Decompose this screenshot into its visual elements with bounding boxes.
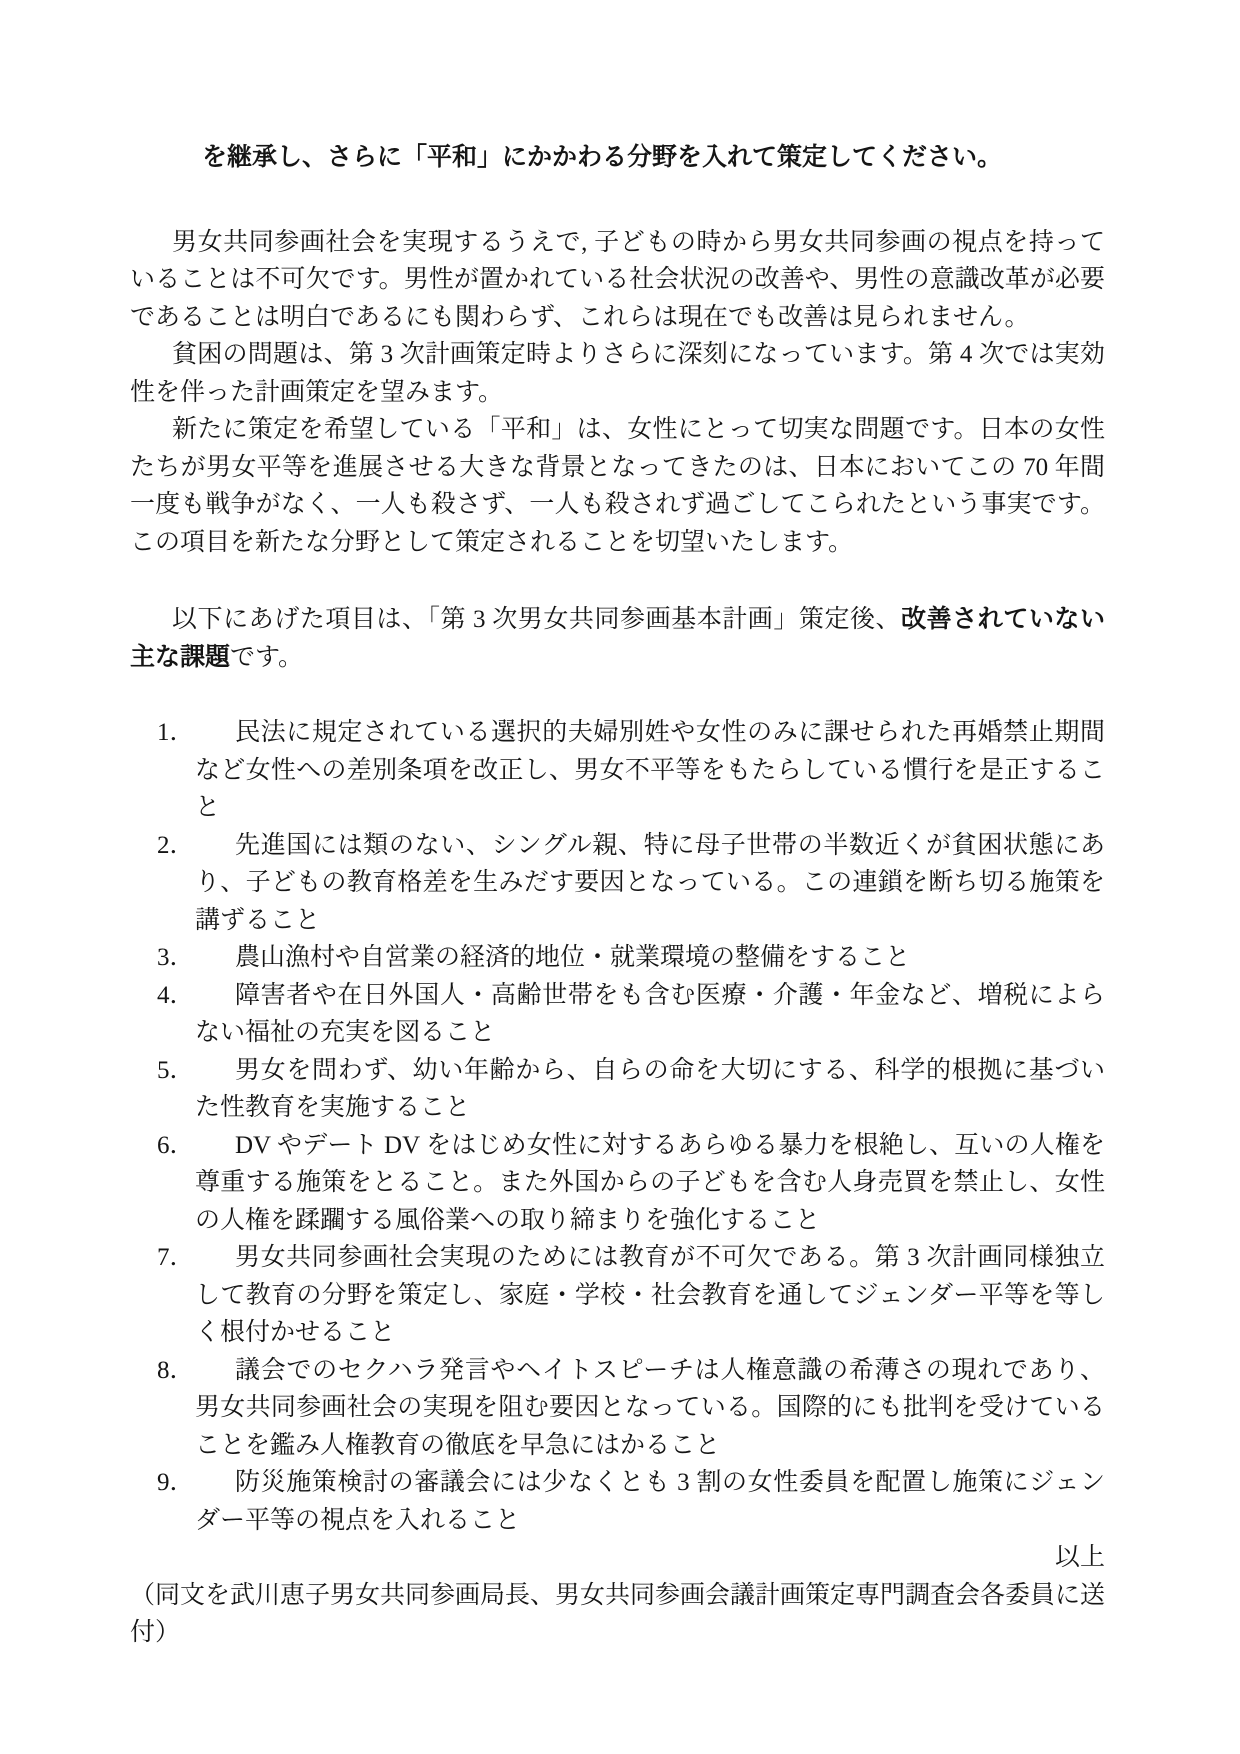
closing-mark: 以上: [130, 1539, 1105, 1577]
list-item-text: 男女共同参画社会実現のためには教育が不可欠である。第 3 次計画同様独立して教育…: [195, 1244, 1105, 1346]
list-item: 5．男女を問わず、幼い年齢から、自らの命を大切にする、科学的根拠に基づいた性教育…: [130, 1052, 1105, 1127]
list-item-text: 障害者や在日外国人・高齢世帯をも含む医療・介護・年金など、増税によらない福祉の充…: [195, 982, 1105, 1047]
list-item-text: 農山漁村や自営業の経済的地位・就業環境の整備をすること: [235, 944, 910, 971]
body-paragraph-3: 新たに策定を希望している「平和」は、女性にとって切実な問題です。日本の女性たちが…: [130, 411, 1105, 561]
list-item-text: 先進国には類のない、シングル親、特に母子世帯の半数近くが貧困状態にあり、子どもの…: [195, 832, 1105, 934]
list-item: 3．農山漁村や自営業の経済的地位・就業環境の整備をすること: [130, 939, 1105, 977]
body-paragraph-2: 貧困の問題は、第 3 次計画策定時よりさらに深刻になっています。第 4 次では実…: [130, 336, 1105, 411]
distribution-note: （同文を武川恵子男女共同参画局長、男女共同参画会議計画策定専門調査会各委員に送付…: [130, 1577, 1105, 1652]
list-intro-paragraph: 以下にあげた項目は、「第 3 次男女共同参画基本計画」策定後、改善されていない主…: [130, 601, 1105, 676]
list-item-text: DV やデート DV をはじめ女性に対するあらゆる暴力を根絶し、互いの人権を尊重…: [195, 1132, 1105, 1234]
list-item-number: 5．: [157, 1052, 195, 1090]
list-item-number: 1．: [157, 714, 195, 752]
list-item: 6．DV やデート DV をはじめ女性に対するあらゆる暴力を根絶し、互いの人権を…: [130, 1127, 1105, 1240]
list-item-number: 2．: [157, 827, 195, 865]
list-item: 9．防災施策検討の審議会には少なくとも 3 割の女性委員を配置し施策にジェンダー…: [130, 1464, 1105, 1539]
list-item: 8．議会でのセクハラ発言やヘイトスピーチは人権意識の希薄さの現れであり、男女共同…: [130, 1352, 1105, 1465]
list-intro-prefix: 以下にあげた項目は、「第 3 次男女共同参画基本計画」策定後、: [172, 606, 901, 633]
list-item-text: 防災施策検討の審議会には少なくとも 3 割の女性委員を配置し施策にジェンダー平等…: [195, 1469, 1105, 1534]
list-item-number: 4．: [157, 977, 195, 1015]
list-item: 7．男女共同参画社会実現のためには教育が不可欠である。第 3 次計画同様独立して…: [130, 1239, 1105, 1352]
document-heading: を継承し、さらに「平和」にかかわる分野を入れて策定してください。: [130, 139, 1105, 177]
list-item-text: 民法に規定されている選択的夫婦別姓や女性のみに課せられた再婚禁止期間など女性への…: [195, 719, 1105, 821]
list-item-text: 議会でのセクハラ発言やヘイトスピーチは人権意識の希薄さの現れであり、男女共同参画…: [195, 1357, 1105, 1459]
list-item-number: 6．: [157, 1127, 195, 1165]
body-paragraph-1: 男女共同参画社会を実現するうえで, 子どもの時から男女共同参画の視点を持っている…: [130, 224, 1105, 337]
document-page: を継承し、さらに「平和」にかかわる分野を入れて策定してください。 男女共同参画社…: [0, 0, 1240, 1754]
list-item-number: 9．: [157, 1464, 195, 1502]
list-item: 2．先進国には類のない、シングル親、特に母子世帯の半数近くが貧困状態にあり、子ど…: [130, 827, 1105, 940]
list-item-number: 8．: [157, 1352, 195, 1390]
list-item: 4．障害者や在日外国人・高齢世帯をも含む医療・介護・年金など、増税によらない福祉…: [130, 977, 1105, 1052]
issues-list: 1．民法に規定されている選択的夫婦別姓や女性のみに課せられた再婚禁止期間など女性…: [130, 714, 1105, 1539]
list-item: 1．民法に規定されている選択的夫婦別姓や女性のみに課せられた再婚禁止期間など女性…: [130, 714, 1105, 827]
list-item-text: 男女を問わず、幼い年齢から、自らの命を大切にする、科学的根拠に基づいた性教育を実…: [195, 1057, 1105, 1122]
list-intro-suffix: です。: [230, 644, 303, 671]
list-item-number: 7．: [157, 1239, 195, 1277]
list-item-number: 3．: [157, 939, 195, 977]
